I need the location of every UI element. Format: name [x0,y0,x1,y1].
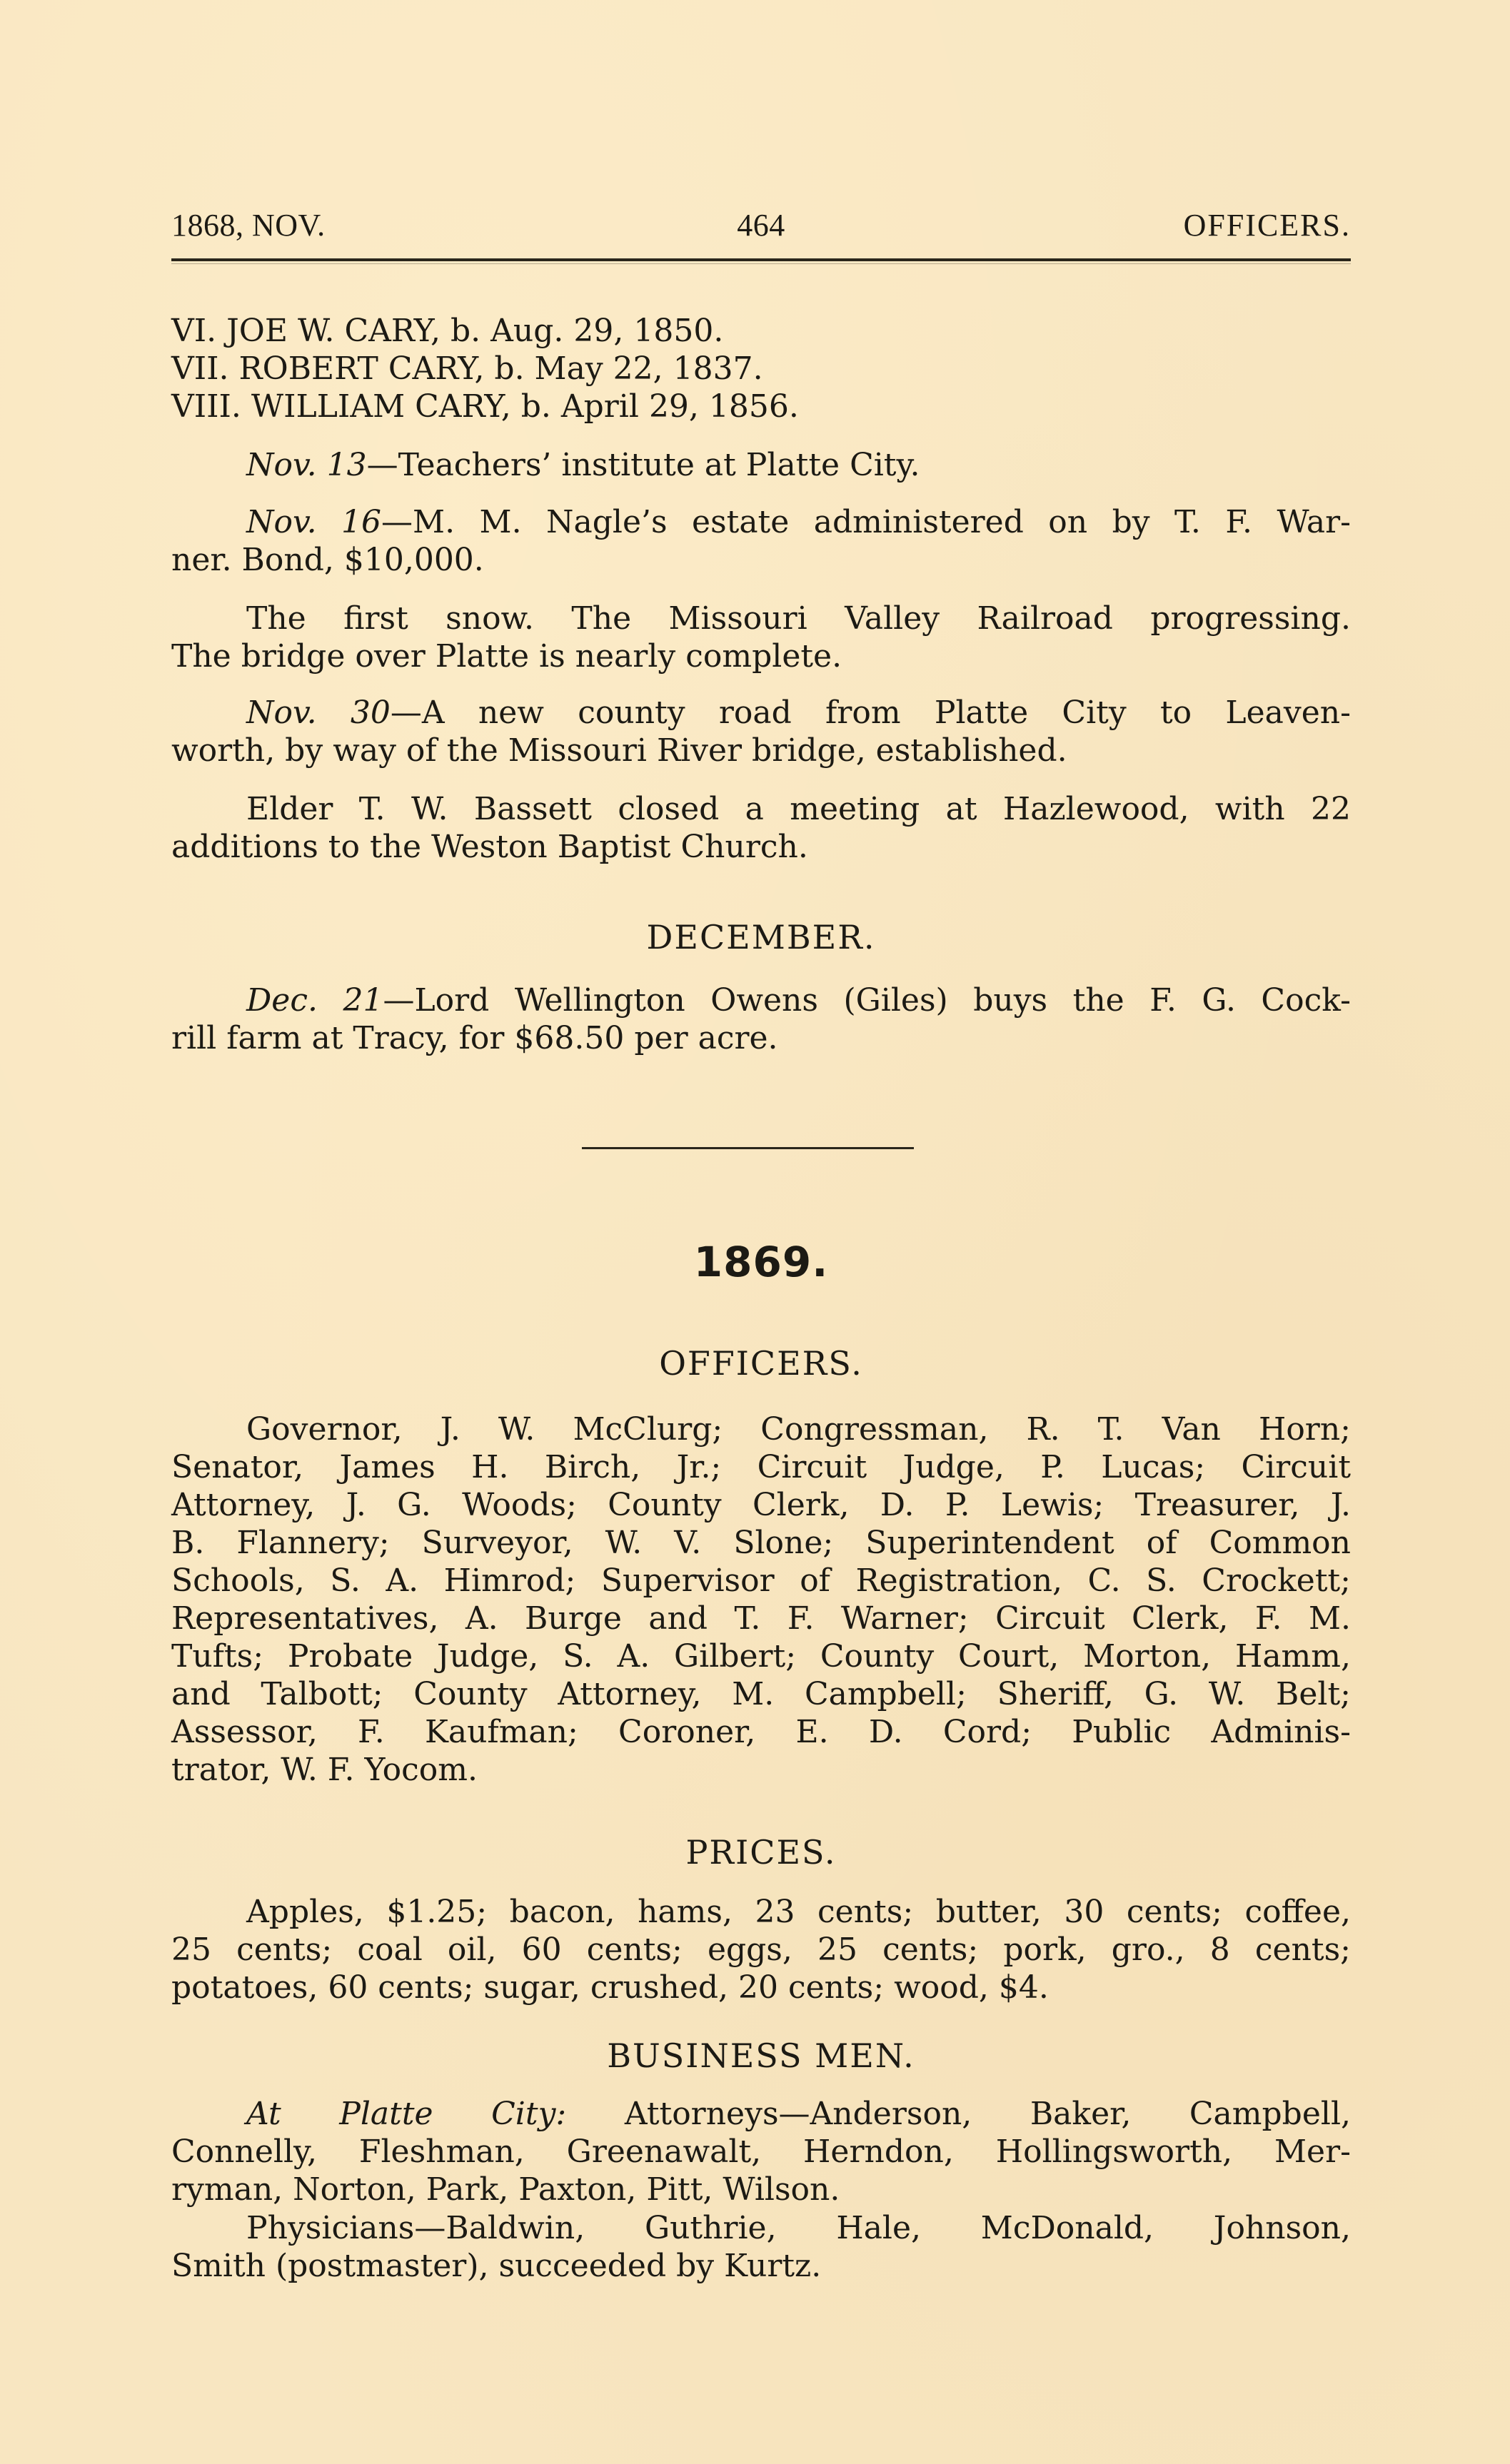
entry-date: Nov. 16 [246,504,381,540]
entry-text: The first snow. The Missouri Valley Rail… [171,600,1351,637]
paragraph-line: Schools, S. A. Himrod; Supervisor of Reg… [171,1562,1351,1600]
physicians-paragraph: Physicians—Baldwin, Guthrie, Hale, McDon… [171,2209,1351,2285]
list-item: VIII. WILLIAM CARY, b. April 29, 1856. [171,388,1351,425]
entry-text: worth, by way of the Missouri River brid… [171,732,1351,769]
paragraph-line: trator, W. F. Yocom. [171,1751,1351,1789]
entry-dec-21: Dec. 21—Lord Wellington Owens (Giles) bu… [171,981,1351,1057]
paragraph-line: potatoes, 60 cents; sugar, crushed, 20 c… [171,1969,1351,2006]
paragraph-line: Connelly, Fleshman, Greenawalt, Herndon,… [171,2133,1351,2171]
page-number: 464 [171,207,1351,243]
entry-text: —M. M. Nagle’s estate administered on by… [381,504,1351,540]
entry-nov-13: Nov. 13—Teachers’ institute at Platte Ci… [171,446,1351,484]
december-section: DECEMBER. [171,916,1351,959]
entry-first-snow: The first snow. The Missouri Valley Rail… [171,600,1351,675]
header-rule [171,258,1351,261]
paragraph-text: Attorneys—Anderson, Baker, Campbell, [566,2096,1351,2132]
entry-text: Elder T. W. Bassett closed a meeting at … [171,790,1351,828]
business-men-section: BUSINESS MEN. [171,2034,1351,2077]
entry-date: Nov. 13 [246,447,367,483]
place-label: At Platte City: [246,2096,566,2132]
paragraph-line: 25 cents; coal oil, 60 cents; eggs, 25 c… [171,1931,1351,1969]
entry-text: —Lord Wellington Owens (Giles) buys the … [383,982,1351,1019]
entry-date: Dec. 21 [246,982,383,1019]
entry-text: —Teachers’ institute at Platte City. [367,447,920,483]
paragraph-line: Smith (postmaster), succeeded by Kurtz. [171,2247,1351,2285]
officers-paragraph: Governor, J. W. McClurg; Congressman, R.… [171,1410,1351,1789]
section-heading: DECEMBER. [171,916,1351,959]
section-heading: BUSINESS MEN. [171,2034,1351,2077]
paragraph-line: Physicians—Baldwin, Guthrie, Hale, McDon… [171,2209,1351,2247]
paragraph-line: Assessor, F. Kaufman; Coroner, E. D. Cor… [171,1713,1351,1751]
list-item: VI. JOE W. CARY, b. Aug. 29, 1850. [171,312,1351,350]
paragraph-line: Apples, $1.25; bacon, hams, 23 cents; bu… [171,1893,1351,1931]
paragraph-line: and Talbott; County Attorney, M. Campbel… [171,1675,1351,1713]
entry-nov-16: Nov. 16—M. M. Nagle’s estate administere… [171,503,1351,579]
paragraph-line: ryman, Norton, Park, Paxton, Pitt, Wilso… [171,2171,1351,2208]
paragraph-line: Governor, J. W. McClurg; Congressman, R.… [171,1410,1351,1448]
list-item: VII. ROBERT CARY, b. May 22, 1837. [171,350,1351,388]
business-paragraph: At Platte City: Attorneys—Anderson, Bake… [171,2095,1351,2208]
paragraph-line: Senator, James H. Birch, Jr.; Circuit Ju… [171,1448,1351,1486]
prices-section: PRICES. [171,1831,1351,1874]
paragraph-line: Attorney, J. G. Woods; County Clerk, D. … [171,1486,1351,1524]
paragraph-line: Tufts; Probate Judge, S. A. Gilbert; Cou… [171,1637,1351,1675]
header-section: OFFICERS. [1184,207,1351,243]
entry-date: Nov. 30 [246,695,391,731]
entry-text: additions to the Weston Baptist Church. [171,828,1351,866]
section-heading: OFFICERS. [171,1342,1351,1385]
section-separator-rule [582,1147,914,1149]
prices-paragraph: Apples, $1.25; bacon, hams, 23 cents; bu… [171,1893,1351,2006]
year-title: 1869. [171,1237,1351,1287]
cary-list: VI. JOE W. CARY, b. Aug. 29, 1850. VII. … [171,312,1351,425]
entry-text: rill farm at Tracy, for $68.50 per acre. [171,1019,1351,1057]
section-heading: PRICES. [171,1831,1351,1874]
paragraph-line: B. Flannery; Surveyor, W. V. Slone; Supe… [171,1524,1351,1562]
officers-section: OFFICERS. [171,1342,1351,1385]
entry-bassett: Elder T. W. Bassett closed a meeting at … [171,790,1351,866]
entry-text: The bridge over Platte is nearly complet… [171,637,1351,675]
header-rule-thin [171,263,1351,264]
entry-text: ner. Bond, $10,000. [171,541,1351,579]
paragraph-line: Representatives, A. Burge and T. F. Warn… [171,1600,1351,1637]
entry-text: —A new county road from Platte City to L… [391,695,1351,731]
year-heading: 1869. [171,1237,1351,1287]
running-header: 1868, NOV. 464 OFFICERS. [171,207,1351,250]
entry-nov-30: Nov. 30—A new county road from Platte Ci… [171,694,1351,769]
